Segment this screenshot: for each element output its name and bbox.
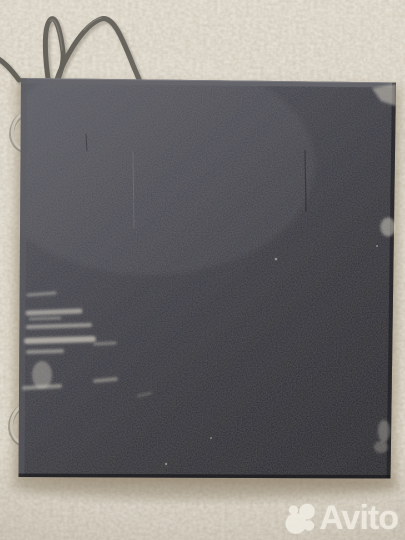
photo: Avito	[0, 0, 405, 540]
panel-sheen	[0, 55, 315, 275]
photo-scene	[0, 0, 405, 540]
pc-case	[0, 55, 396, 479]
